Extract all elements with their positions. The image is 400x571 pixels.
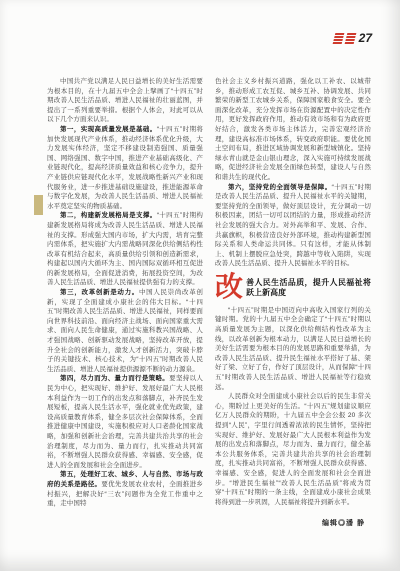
paragraph: 第六，坚持党的全面领导是保障。“十四五”时期是改善人民生活品质、提升人民福祉水平… <box>215 183 371 269</box>
section-paragraphs: “十四五”时期是中国迈向中高收入国家行列的关键时期。党的十九届五中全会确定了“十… <box>215 306 371 507</box>
paragraph: 第五，处理好工农、城乡、人与自然、市场与政府的关系是路径。要优先发展农业农村，全… <box>47 470 203 508</box>
left-column-paragraphs: 中国共产党以满足人民日益增长的美好生活需要为根本目的，在十九届五中全会上擘画了“… <box>47 77 203 509</box>
paragraph-lead: 第一，实现高质量发展是基础。 <box>60 126 157 133</box>
paragraph: 第一，实现高质量发展是基础。“十四五”时期将加快发展现代产业体系，推动经济体系优… <box>47 125 203 211</box>
paragraph-lead: 第六，坚持党的全面领导是保障。 <box>228 184 332 191</box>
paragraph: 第四，尽力而为、量力而行是策略。要坚持以人民为中心，把实现好、维护好、发展好最广… <box>47 374 203 470</box>
paragraph-lead: 第二，构建新发展格局是支撑。 <box>60 212 157 219</box>
right-column-paragraphs: 色社会主义乡村振兴道路，强化以工补农、以城带乡，推动形成工农互促、城乡互补、协调… <box>215 77 371 269</box>
paragraph-lead: 第四，尽力而为、量力而行是策略。 <box>60 375 169 382</box>
paragraph: 中国共产党以满足人民日益增长的美好生活需要为根本目的，在十九届五中全会上擘画了“… <box>47 77 203 125</box>
magazine-logo-icon <box>334 33 355 44</box>
paragraph: 第三，改革创新是动力。中国人民崇尚改革创新，实现了全面建成小康社会的伟大目标。“… <box>47 288 203 374</box>
logo-glyph-icon <box>332 33 344 44</box>
paragraph-lead: 第三，改革创新是动力。 <box>60 289 139 296</box>
paragraph-lead: 第五，处理好工农、城乡、人与自然、市场与政府的关系是路径。 <box>47 471 203 488</box>
right-column: 色社会主义乡村振兴道路，强化以工补农、以城带乡，推动形成工农互促、城乡互补、协调… <box>215 77 371 529</box>
paragraph: 第二，构建新发展格局是支撑。“十四五”时期构建新发展格局将成为改善人民生活品质、… <box>47 211 203 288</box>
editor-credit: 编辑◎潘 静 <box>215 519 371 529</box>
paragraph: 色社会主义乡村振兴道路，强化以工补农、以城带乡，推动形成工农互促、城乡互补、协调… <box>215 77 371 183</box>
logo-glyph-icon <box>344 33 356 44</box>
paragraph: “十四五”时期是中国迈向中高收入国家行列的关键时期。党的十九届五中全会确定了“十… <box>215 306 371 392</box>
paragraph: 人民群众对全面建成小康社会以后的民生非常关心，期盼过上更美好的生活。“十四五”规… <box>215 392 371 507</box>
section-heading: 改 善人民生活品质，提升人民福祉将跃上新高度 <box>215 275 371 301</box>
left-column: 中国共产党以满足人民日益增长的美好生活需要为根本目的，在十九届五中全会上擘画了“… <box>47 77 203 529</box>
article-body: 中国共产党以满足人民日益增长的美好生活需要为根本目的，在十九届五中全会上擘画了“… <box>47 77 371 529</box>
page-number: 27 <box>359 32 372 44</box>
section-title: 善人民生活品质，提升人民福祉将跃上新高度 <box>246 278 371 298</box>
dropcap-character: 改 <box>215 275 243 301</box>
margin-tab <box>34 195 43 215</box>
page-header: 27 <box>334 32 372 44</box>
magazine-page: 27 中国共产党以满足人民日益增长的美好生活需要为根本目的，在十九届五中全会上擘… <box>0 0 400 571</box>
